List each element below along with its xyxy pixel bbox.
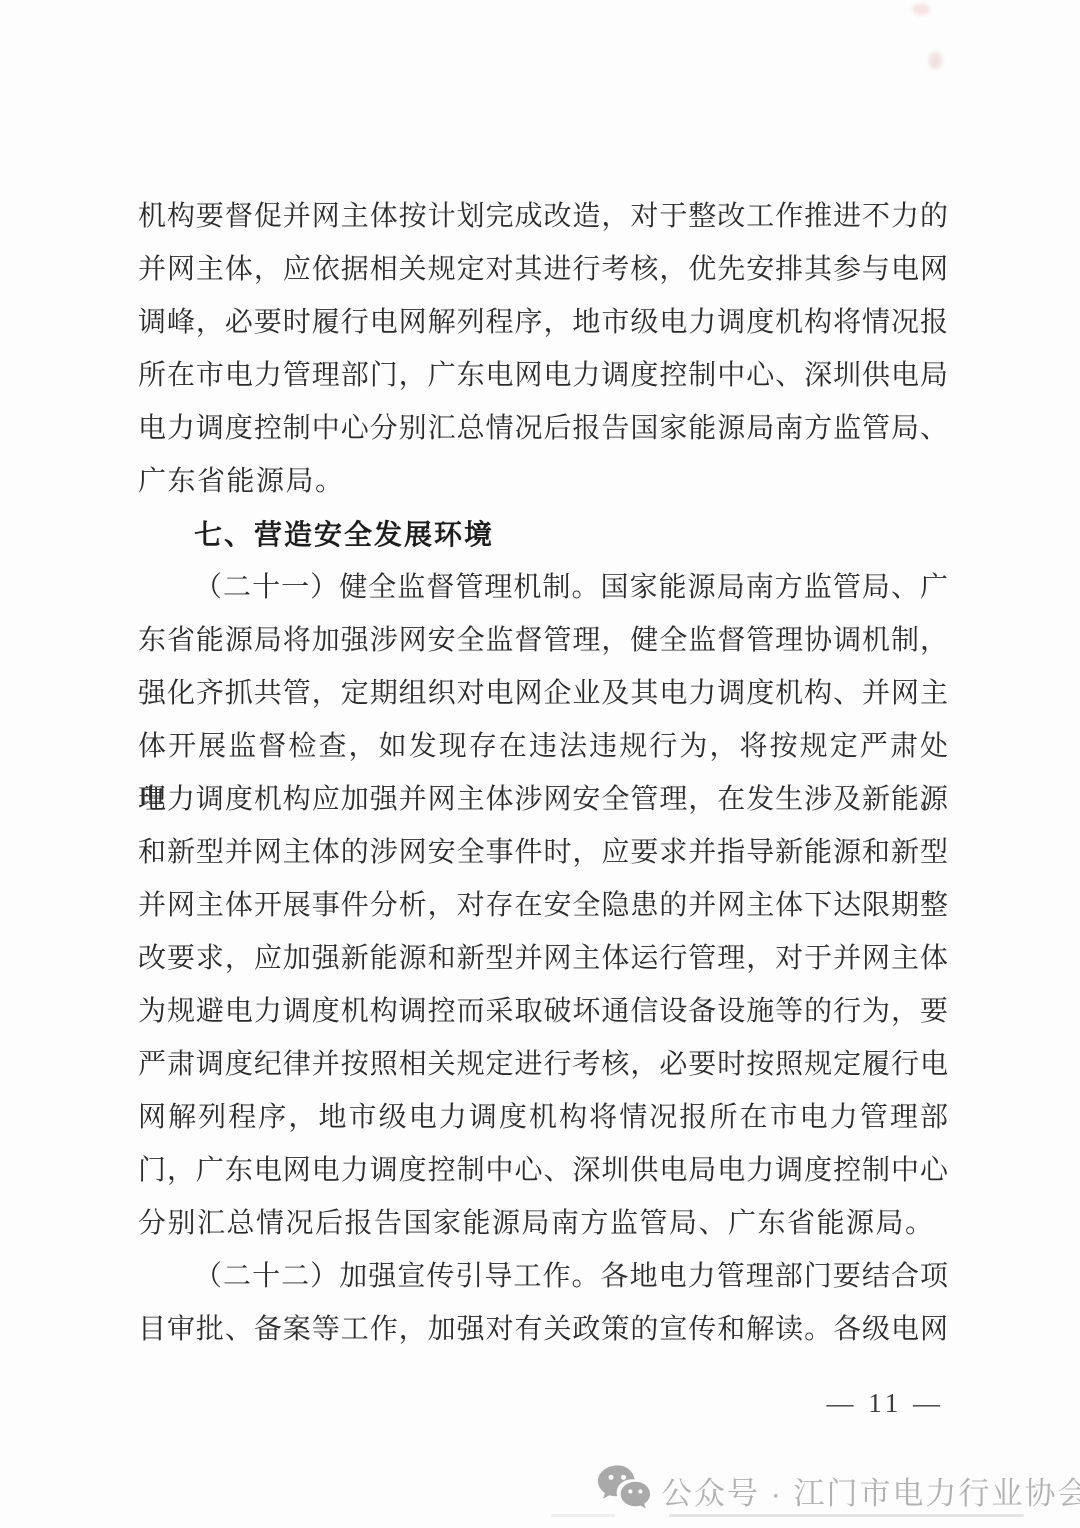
bottom-divider [551,1514,615,1517]
text-line: （二十二）加强宣传引导工作。各地电力管理部门要结合项 [138,1250,948,1303]
bottom-divider [669,1514,1024,1517]
text-line: 门，广东电网电力调度控制中心、深圳供电局电力调度控制中心 [138,1144,948,1197]
text-line: 机构要督促并网主体按计划完成改造，对于整改工作推进不力的 [138,190,948,243]
watermark-account-label: 公众号 · 江门市电力行业协会 [661,1468,1080,1513]
text-line: 网解列程序，地市级电力调度机构将情况报所在市电力管理部 [138,1091,948,1144]
text-line: 并网主体，应依据相关规定对其进行考核，优先安排其参与电网 [138,243,948,296]
text-line: 目审批、备案等工作，加强对有关政策的宣传和解读。各级电网 [138,1303,948,1356]
page-number: — 11 — [827,1388,945,1419]
text-line: 严肃调度纪律并按照相关规定进行考核，必要时按照规定履行电 [138,1038,948,1091]
wechat-icon [597,1464,651,1516]
watermark: 公众号 · 江门市电力行业协会 [597,1464,1080,1516]
text-line: 所在市电力管理部门，广东电网电力调度控制中心、深圳供电局 [138,349,948,402]
scan-artifact-mark [912,4,930,15]
text-line: 调峰，必要时履行电网解列程序，地市级电力调度机构将情况报 [138,296,948,349]
document-body: 机构要督促并网主体按计划完成改造，对于整改工作推进不力的并网主体，应依据相关规定… [138,190,948,1356]
text-line: 体开展监督检查，如发现存在违法违规行为，将按规定严肃处理。 [138,720,948,773]
document-page: 机构要督促并网主体按计划完成改造，对于整改工作推进不力的并网主体，应依据相关规定… [0,0,1080,1528]
text-line: 强化齐抓共管，定期组织对电网企业及其电力调度机构、并网主 [138,667,948,720]
text-line: 并网主体开展事件分析，对存在安全隐患的并网主体下达限期整 [138,879,948,932]
text-line: 电力调度机构应加强并网主体涉网安全管理，在发生涉及新能源 [138,773,948,826]
text-line: 东省能源局将加强涉网安全监督管理，健全监督管理协调机制， [138,614,948,667]
scan-artifact-mark [929,52,942,69]
section-heading: 七、营造安全发展环境 [138,508,948,561]
text-line: 广东省能源局。 [138,455,948,508]
text-line: 为规避电力调度机构调控而采取破坏通信设备设施等的行为，要 [138,985,948,1038]
text-line: 和新型并网主体的涉网安全事件时，应要求并指导新能源和新型 [138,826,948,879]
text-line: 电力调度控制中心分别汇总情况后报告国家能源局南方监管局、 [138,402,948,455]
text-line: 分别汇总情况后报告国家能源局南方监管局、广东省能源局。 [138,1197,948,1250]
text-line: （二十一）健全监督管理机制。国家能源局南方监管局、广 [138,561,948,614]
text-line: 改要求，应加强新能源和新型并网主体运行管理，对于并网主体 [138,932,948,985]
